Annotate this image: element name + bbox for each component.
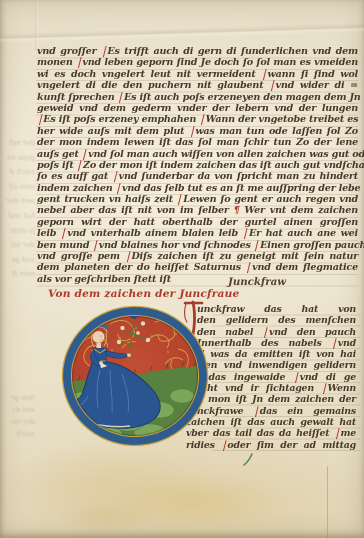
ink-text: der mon iſt Jn dem zaichen der xyxy=(186,394,356,405)
ink-text: indem zaichen xyxy=(37,183,116,194)
ink-text: her wide auſs mit dem plut xyxy=(37,126,189,137)
text-line: vnd groſſe pem |Diſs zaichen iſt zu gene… xyxy=(37,251,358,262)
parchment-crease xyxy=(0,22,364,43)
text-line: der mon indem lewen iſt das ſol man ſchi… xyxy=(37,137,358,148)
ink-text: Zo der mon iſt indem zaichen das iſt auc… xyxy=(83,160,364,171)
text-line: gent trucken vn haiſs zeit |Lewen ſo gen… xyxy=(37,194,358,205)
text-line: ridies |oder ſim der ad mittag xyxy=(186,440,356,451)
right-text-column: unckfraw das hat vonden gelidern des men… xyxy=(186,304,356,451)
text-line: indem zaichen |vnd das ſelb tut es an ſt… xyxy=(37,183,358,194)
text-line: vngelert di die den puchern nit glaubent… xyxy=(37,80,358,91)
text-line: leib |vnd vnterhalb ainem blaien leib |E… xyxy=(37,228,358,239)
ink-text: Innerthalb des nabels xyxy=(197,338,332,349)
text-line: wi es doch vngelert leut nit vermeident … xyxy=(37,69,358,80)
text-line: ben mund |vnd blaines hor vnd ſchnodes |… xyxy=(37,240,358,251)
ink-text: Es iſt poſs erzeney emphahen xyxy=(43,114,199,125)
ink-text: geporn wirt der hatt oberthalb der gurte… xyxy=(37,217,358,228)
ink-text: auſs get xyxy=(37,149,82,160)
ink-text: zaichen iſt das auch gewalt hat xyxy=(186,417,356,428)
text-line: auſs get |vnd ſol man auch wiſſen von al… xyxy=(37,149,358,160)
ink-text: leib xyxy=(37,228,61,239)
ink-text: geweid vnd dem gederm vnder der lebern v… xyxy=(37,103,358,114)
text-line: nebel aber das iſt nit von im ſelber ¶ W… xyxy=(37,205,358,216)
ink-text: wi es doch vngelert leut nit vermeident xyxy=(37,69,261,80)
ink-text: monen xyxy=(37,57,76,68)
ink-text: vnd ſol man auch wiſſen von allen zaiche… xyxy=(88,149,364,160)
ink-text: unckfraw das hat von xyxy=(197,304,356,315)
ink-text: Einen groſſen pauch xyxy=(260,240,364,251)
ink-text: Diſs zaichen iſt zu geneigt mit ſein nat… xyxy=(131,251,358,262)
ink-text: lichen vnd inwendigen gelidern xyxy=(186,360,356,371)
text-line: her wide auſs mit dem plut |was man tun … xyxy=(37,126,358,137)
ink-text: Es trifft auch di gern di ſunderlichen v… xyxy=(107,46,358,57)
ink-text: kunſt ſprechen xyxy=(37,92,118,103)
ink-text: vnd blaines hor vnd ſchnodes xyxy=(99,240,254,251)
ink-text: ben mund xyxy=(37,240,92,251)
ink-text: vngelert di die den puchern nit glaubent xyxy=(37,80,269,91)
ink-text: vnd vnterhalb ainem blaien leib xyxy=(67,228,242,239)
text-line: lichen vnd inwendigen gelidern xyxy=(186,360,356,371)
manuscript-page: der mſt gepo vn zaich d mon alſ wen der … xyxy=(0,0,364,538)
text-line: kunſt ſprechen |Es iſt auch poſs erzeney… xyxy=(37,92,358,103)
ink-text: nebel aber das iſt nit von im ſelber xyxy=(37,205,234,216)
ink-text: vnd di ge xyxy=(300,372,356,383)
text-line: unckfraw das hat von xyxy=(186,304,356,315)
chapter-catchword: Junckfraw xyxy=(228,276,286,288)
ink-text: was man tun ode laſſen ſol Zo xyxy=(195,126,358,137)
ink-text: vnd xyxy=(338,338,356,349)
text-line: zaichen iſt das auch gewalt hat xyxy=(186,417,356,428)
text-line: mecht vnd ir ſichtagen |Wenn xyxy=(186,383,356,394)
text-line: ſo es auff gat |vnd ſunderbar da von ſpr… xyxy=(37,171,358,182)
ink-text: vnd wider di = xyxy=(275,80,358,91)
ink-text: vnd den pauch xyxy=(269,327,356,338)
ink-text: das ein gemains xyxy=(260,406,356,417)
parchment-stain xyxy=(60,500,150,534)
ink-text: vnd das ſelb tut es an ſt me auſſpring d… xyxy=(122,183,360,194)
text-line: monen |vnd leben geporn ſind Je doch ſo … xyxy=(37,57,358,68)
main-text-block: vnd groſſer |Es trifft auch di gern di ſ… xyxy=(37,46,358,285)
ink-text: Er hat auch ane wei xyxy=(249,228,358,239)
ink-text: Wer vnt dem zaichen xyxy=(240,205,358,216)
text-line: vber das tail das da heiſſet |me xyxy=(186,428,356,439)
text-line: geweid vnd dem gederm vnder der lebern v… xyxy=(37,103,358,114)
text-line: als vor geſchriben ſtett iſt xyxy=(37,274,358,285)
ink-text: Lewen ſo gent er auch regen vnd xyxy=(183,194,358,205)
text-line: Junckfrawe |das ein gemains xyxy=(186,406,356,417)
ink-text: poſs iſt xyxy=(37,160,77,171)
ink-text: vnd groſſer xyxy=(37,46,101,57)
showthrough-text: ſum gr wel dz der on zaich xyxy=(1,392,35,456)
ink-text: Es iſt auch poſs erzeneyen den magen dem… xyxy=(124,92,361,103)
showthrough-text: der mſt gepo vn zaich d mon alſ wen der … xyxy=(1,136,35,294)
face xyxy=(93,331,105,343)
ink-text: der mon indem lewen iſt das ſol man ſchi… xyxy=(37,137,358,148)
ink-text: oder ſim der ad mittag xyxy=(227,440,356,451)
text-line: als das ingewaide |vnd di ge xyxy=(186,372,356,383)
ink-text: wann ſi ſind wol xyxy=(268,69,358,80)
text-line: geporn wirt der hatt oberthalb der gurte… xyxy=(37,217,358,228)
ink-text: vnd groſſe pem xyxy=(37,251,125,262)
ink-text: Wann der vngetobe treibet es xyxy=(206,114,359,125)
green-pen-mark xyxy=(242,452,254,471)
ink-text: ſo es auff gat xyxy=(37,171,112,182)
ink-text: me xyxy=(341,428,357,439)
text-line: den gelidern des menſchen xyxy=(186,315,356,326)
rubric-heading: Von dem zaichen der Juncfraue xyxy=(48,288,239,300)
text-line: Innerthalb des nabels |vnd xyxy=(186,338,356,349)
ink-text: Wenn xyxy=(327,383,356,394)
text-line: |Es iſt poſs erzeney emphahen |Wann der … xyxy=(37,114,358,125)
text-line: den nabel |vnd den pauch xyxy=(186,327,356,338)
virgo-miniature: Jungfrau (Virgo) — kneeling maiden in a … xyxy=(60,304,210,450)
text-line: poſs iſt |Zo der mon iſt indem zaichen d… xyxy=(37,160,358,171)
margin-ruling-line xyxy=(327,466,328,538)
text-line: dem planeten der do heiſſet Saturnus |vn… xyxy=(37,262,358,273)
ink-text: dem planeten der do heiſſet Saturnus xyxy=(37,262,246,273)
text-line: vnd groſſer |Es trifft auch di gern di ſ… xyxy=(37,46,358,57)
text-line: der mon iſt Jn dem zaichen der xyxy=(186,394,356,405)
ink-text: gent trucken vn haiſs zeit xyxy=(37,194,177,205)
ink-text: vnd leben geporn ſind Je doch ſo ſol man… xyxy=(82,57,358,68)
parchment-crease-vertical xyxy=(35,0,38,50)
text-line: vnd was da emitten iſt von hai xyxy=(186,349,356,360)
ink-text: als vor geſchriben ſtett iſt xyxy=(37,274,171,285)
ink-text: vnd dem flegmatice xyxy=(252,262,358,273)
ink-text: vnd ſunderbar da von ſpricht man zu hind… xyxy=(119,171,358,182)
ink-text: den gelidern des menſchen xyxy=(197,315,356,326)
ink-text: vnd was da emitten iſt von hai xyxy=(186,349,356,360)
